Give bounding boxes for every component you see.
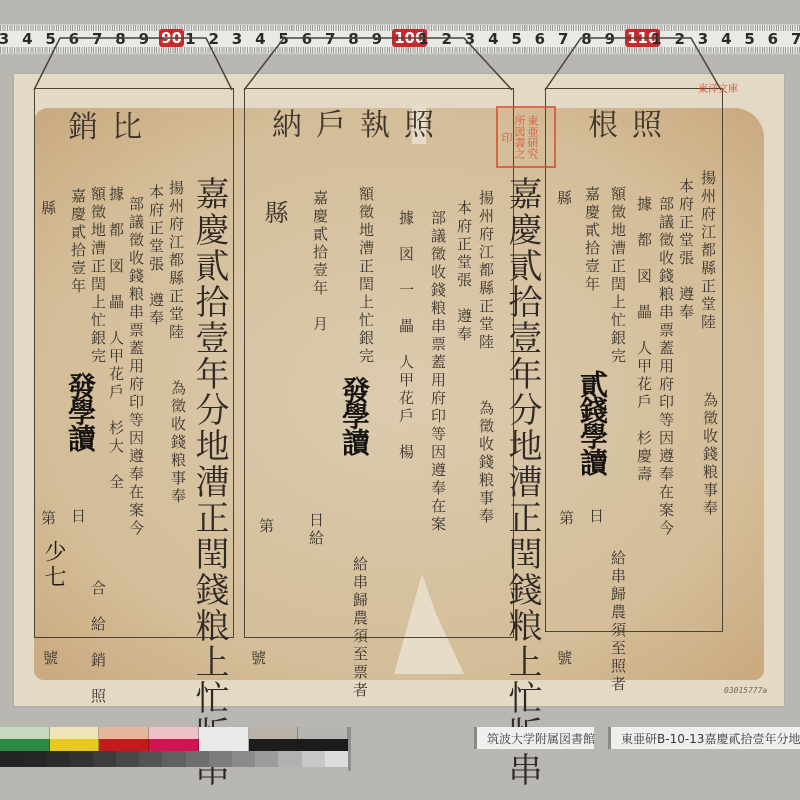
right-footer-num: 號 xyxy=(556,650,571,668)
color-chart-middle-row xyxy=(0,739,348,751)
left-col-3: 部議徵收錢粮串票蓋用府印等因遵奉在案今 xyxy=(128,196,143,656)
left-footer-num: 號 xyxy=(42,650,57,668)
left-col-6: 嘉慶貳拾壹年 xyxy=(70,188,85,296)
left-bottom-col: 合 給 銷 照 xyxy=(90,580,105,706)
color-swatch xyxy=(23,751,46,767)
right-stamp-mark: 貳錢學讀 xyxy=(578,370,606,474)
right-col-6: 嘉慶貳拾壹年 xyxy=(584,186,599,294)
catalog-number: 03015777a xyxy=(724,686,767,695)
call-number: 東亜研B-10-13 xyxy=(621,730,704,747)
color-swatch xyxy=(209,751,232,767)
color-calibration-chart xyxy=(0,727,351,771)
color-swatch xyxy=(186,751,209,767)
color-swatch xyxy=(249,739,299,751)
mid-right-col: 為徵收錢粮事奉 xyxy=(478,400,493,526)
mid-col-7: 縣 xyxy=(262,200,286,227)
panel-middle-title: 納戶執照 xyxy=(272,100,448,144)
right-footer-no: 第 xyxy=(558,510,573,528)
ruler-label: 5 xyxy=(742,30,758,48)
color-swatch xyxy=(255,751,278,767)
ruler-label: 4 xyxy=(19,30,35,48)
color-swatch xyxy=(298,727,348,739)
ruler-label: 7 xyxy=(788,30,800,48)
color-swatch xyxy=(199,727,249,739)
mid-col-2: 本府正堂張 遵奉 xyxy=(456,200,471,344)
item-title: 嘉慶貳拾壹年分地漕正閏錢 xyxy=(704,730,800,747)
grayscale-strip xyxy=(0,751,348,767)
panel-roof-left xyxy=(34,38,232,90)
panel-roof-right xyxy=(545,38,721,90)
color-swatch xyxy=(139,751,162,767)
left-col-4: 據 都 図 畾 人甲花戶 杉大 全 xyxy=(108,186,123,492)
right-col-3: 部議徵收錢粮串票蓋用府印等因遵奉在案今 xyxy=(658,196,673,538)
color-swatch xyxy=(99,739,149,751)
mid-col-4: 據 図 一 畾 人甲花戶 楊 xyxy=(398,210,413,462)
left-handwritten: 少七 xyxy=(42,540,64,590)
panel-right-border xyxy=(545,88,723,632)
seal-text: 東亜研究所図書之印 xyxy=(500,110,539,164)
headline-left: 嘉慶貳拾壹年分地漕正閏錢粮上忙版串 xyxy=(192,176,226,788)
left-col-1: 揚州府江都縣正堂陸 xyxy=(168,180,183,342)
color-swatch xyxy=(162,751,185,767)
color-swatch xyxy=(0,727,50,739)
right-col-1: 揚州府江都縣正堂陸 xyxy=(700,170,715,332)
right-col-2: 本府正堂張 遵奉 xyxy=(678,178,693,322)
mid-col-3: 部議徵收錢粮串票蓋用府印等因遵奉在案 xyxy=(430,210,445,534)
right-right-col: 為徵收錢粮事奉 xyxy=(702,392,717,518)
ruler-label: 6 xyxy=(765,30,781,48)
panel-middle-border xyxy=(244,88,514,638)
right-bottom-col: 給串歸農須至照者 xyxy=(610,550,625,694)
left-footer-day: 日 xyxy=(70,508,85,526)
right-col-7: 縣 xyxy=(556,190,571,208)
library-seal-stamp: 東亜研究所図書之印 xyxy=(496,106,556,168)
panel-right-title: 根照 xyxy=(588,100,676,144)
color-swatch xyxy=(0,751,23,767)
mid-footer-day: 日給 xyxy=(308,512,323,548)
color-swatch xyxy=(116,751,139,767)
color-swatch xyxy=(149,739,199,751)
color-swatch xyxy=(93,751,116,767)
color-swatch xyxy=(50,727,100,739)
color-swatch xyxy=(278,751,301,767)
color-swatch xyxy=(70,751,93,767)
color-swatch xyxy=(325,751,348,767)
left-stamp-mark: 發學讀 xyxy=(66,372,94,450)
mid-col-5: 額徵地漕正閏上忙銀完 xyxy=(358,186,373,366)
headline-middle: 嘉慶貳拾壹年分地漕正閏錢粮上忙版串 xyxy=(505,176,539,788)
color-swatch xyxy=(232,751,255,767)
color-swatch xyxy=(298,739,348,751)
ruler-label: 3 xyxy=(0,30,12,48)
color-swatch xyxy=(99,727,149,739)
mid-footer-no: 第 xyxy=(258,518,273,536)
right-col-4: 據 都 図 畾 人甲花戶 杉慶壽 xyxy=(636,196,651,484)
left-right-col: 為徵收錢粮事奉 xyxy=(170,380,185,506)
color-swatch xyxy=(199,739,249,751)
right-footer-day: 日 xyxy=(588,508,603,526)
color-swatch xyxy=(249,727,299,739)
color-swatch xyxy=(149,727,199,739)
mid-col-6: 嘉慶貳拾壹年 月 xyxy=(312,190,327,334)
right-col-5: 額徵地漕正閏上忙銀完 xyxy=(610,186,625,366)
left-col-7: 縣 xyxy=(40,200,55,218)
mid-col-1: 揚州府江都縣正堂陸 xyxy=(478,190,493,352)
left-footer-no: 第 xyxy=(40,510,55,528)
left-col-2: 本府正堂張 遵奉 xyxy=(148,184,163,328)
panel-left-title: 銷比 xyxy=(68,102,156,146)
color-swatch xyxy=(302,751,325,767)
left-col-5: 額徵地漕正閏上忙銀完 xyxy=(90,186,105,366)
color-swatch xyxy=(50,739,100,751)
mid-bottom-col: 給串歸農須至票者 xyxy=(352,556,367,700)
library-name: 筑波大学附属図書館 xyxy=(487,730,595,747)
corner-red-stamp: 東洋文庫 xyxy=(698,80,738,95)
mid-stamp-mark: 發學讀 xyxy=(340,376,368,454)
color-chart-top-row xyxy=(0,727,348,739)
color-swatch xyxy=(0,739,50,751)
library-label: 筑波大学附属図書館 xyxy=(474,727,594,749)
item-label: 東亜研B-10-13 嘉慶貳拾壹年分地漕正閏錢 xyxy=(608,727,800,749)
color-swatch xyxy=(46,751,69,767)
panel-roof-middle xyxy=(244,38,512,90)
mid-footer-num: 號 xyxy=(250,650,265,668)
